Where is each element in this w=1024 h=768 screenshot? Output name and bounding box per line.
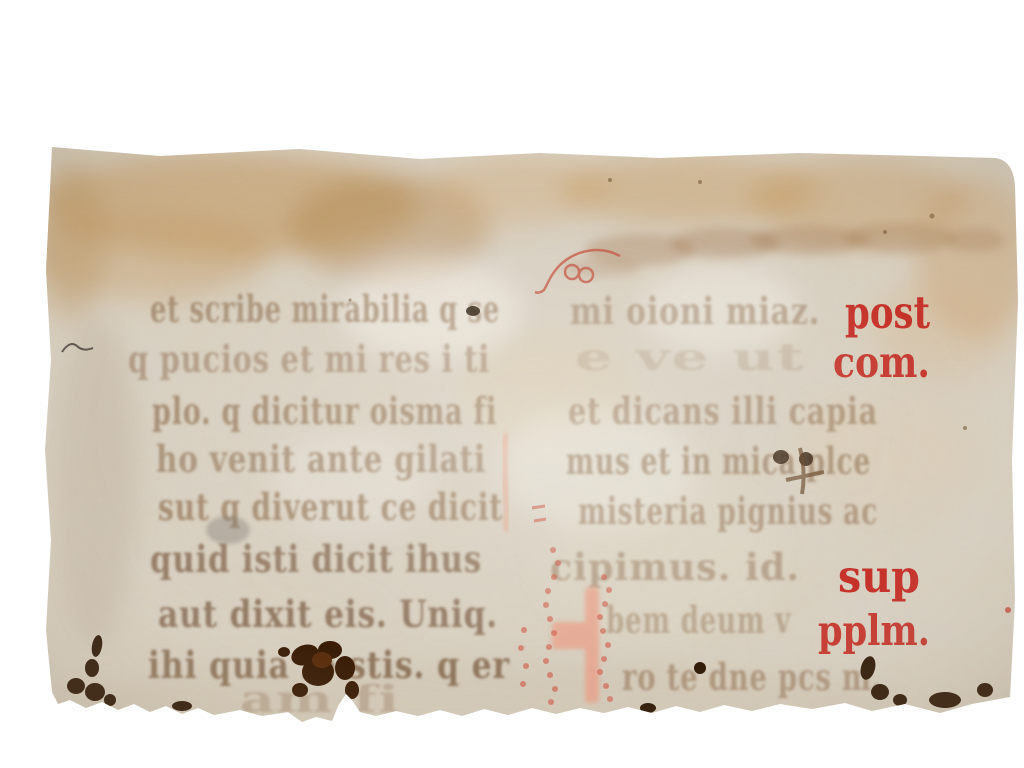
leaf-vignette xyxy=(40,140,1024,740)
manuscript-leaf-image: et scribe mirabilia q se q pucios et mi … xyxy=(0,0,1024,768)
manuscript-photo: et scribe mirabilia q se q pucios et mi … xyxy=(0,0,1024,768)
